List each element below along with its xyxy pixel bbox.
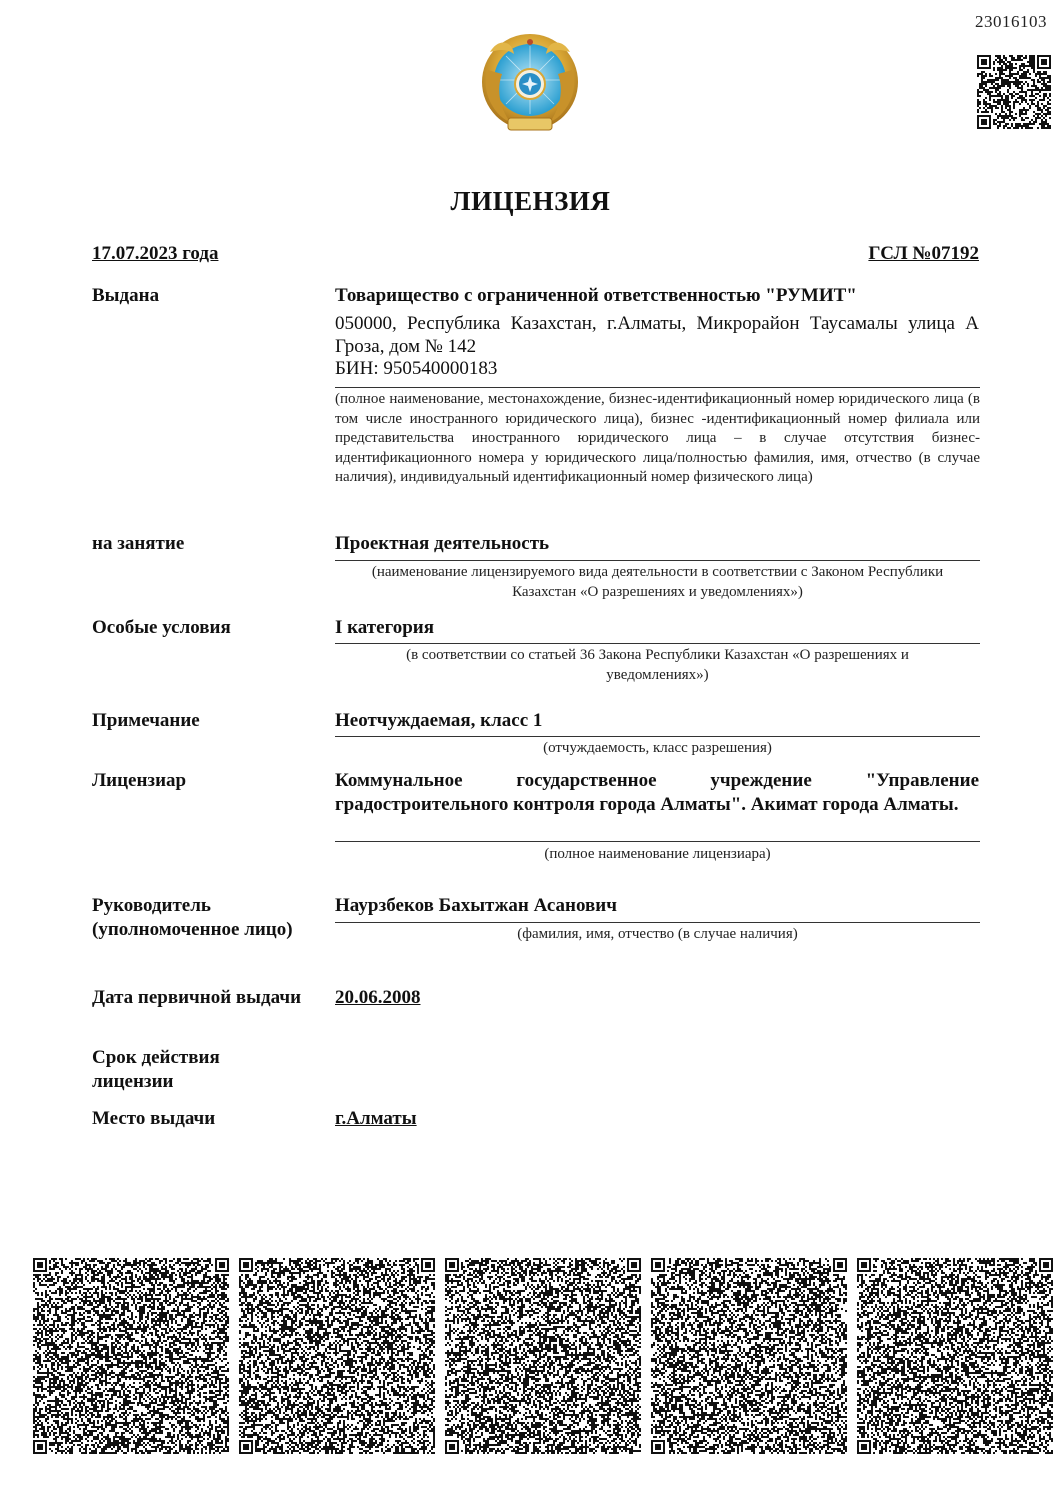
qr-code-icon	[445, 1258, 641, 1454]
licensee-name: Товарищество с ограниченной ответственно…	[335, 284, 979, 307]
divider	[335, 560, 980, 561]
first-issue-date-label: Дата первичной выдачи	[92, 986, 301, 1010]
special-conditions-label: Особые условия	[92, 616, 231, 640]
validity-label-line2: лицензии	[92, 1070, 220, 1094]
qr-code-icon	[857, 1258, 1053, 1454]
licensor-label: Лицензиар	[92, 769, 186, 793]
head-label-line1: Руководитель	[92, 894, 293, 918]
kazakhstan-emblem-icon	[476, 30, 584, 140]
first-issue-date-value: 20.06.2008	[335, 986, 979, 1009]
licensor-note: (полное наименование лицензиара)	[335, 845, 980, 865]
issue-date: 17.07.2023 года	[92, 243, 218, 265]
qr-code-icon	[977, 55, 1051, 129]
divider	[335, 736, 980, 737]
document-number: 23016103	[975, 12, 1047, 32]
place-of-issue-label: Место выдачи	[92, 1107, 215, 1131]
divider	[335, 841, 980, 842]
license-number: ГСЛ №07192	[868, 243, 979, 265]
head-label: Руководитель (уполномоченное лицо)	[92, 894, 293, 942]
divider	[335, 922, 980, 923]
activity-note: (наименование лицензируемого вида деятел…	[335, 563, 980, 602]
head-value: Наурзбеков Бахытжан Асанович	[335, 894, 979, 917]
validity-label-line1: Срок действия	[92, 1046, 220, 1070]
special-conditions-value: I категория	[335, 616, 979, 639]
qr-code-icon	[33, 1258, 229, 1454]
issued-to-label: Выдана	[92, 284, 159, 308]
divider	[335, 387, 980, 388]
special-conditions-note: (в соответствии со статьей 36 Закона Рес…	[335, 646, 980, 685]
head-note: (фамилия, имя, отчество (в случае наличи…	[335, 925, 980, 945]
head-label-line2: (уполномоченное лицо)	[92, 918, 293, 942]
licensee-bin: БИН: 950540000183	[335, 357, 979, 380]
licensee-address: 050000, Республика Казахстан, г.Алматы, …	[335, 312, 979, 358]
qr-code-icon	[651, 1258, 847, 1454]
qr-code-icon	[239, 1258, 435, 1454]
place-of-issue-text: г.Алматы	[335, 1108, 417, 1129]
validity-label: Срок действия лицензии	[92, 1046, 220, 1094]
licensor-value: Коммунальное государственное учреждение …	[335, 769, 979, 816]
activity-label: на занятие	[92, 532, 184, 556]
remark-value: Неотчуждаемая, класс 1	[335, 709, 979, 732]
signature-qr-codes	[33, 1258, 1053, 1454]
remark-note: (отчуждаемость, класс разрешения)	[335, 739, 980, 759]
divider	[335, 643, 980, 644]
remark-label: Примечание	[92, 709, 200, 733]
page-title: ЛИЦЕНЗИЯ	[0, 186, 1061, 217]
activity-value: Проектная деятельность	[335, 532, 979, 555]
place-of-issue-value: г.Алматы	[335, 1107, 979, 1130]
first-issue-date-text: 20.06.2008	[335, 987, 421, 1008]
issued-to-note: (полное наименование, местонахождение, б…	[335, 390, 980, 488]
